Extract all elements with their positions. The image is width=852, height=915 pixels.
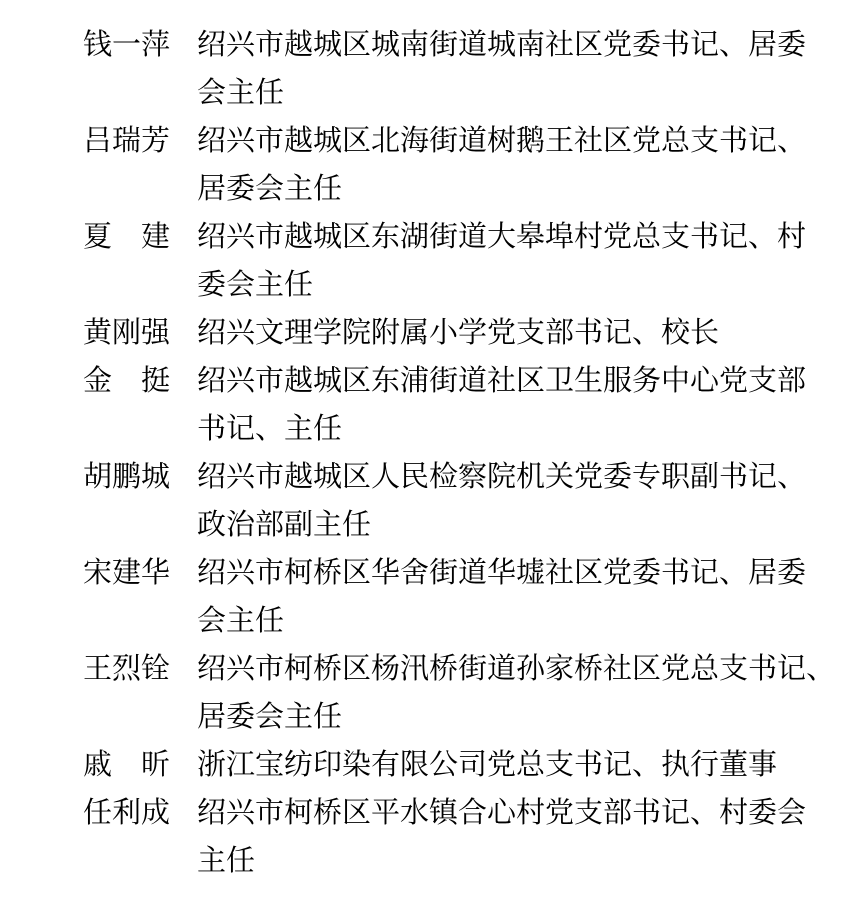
compressed-comma: 、 — [777, 117, 792, 165]
person-name: 金挺 — [83, 357, 170, 405]
roster-entry: 夏建绍兴市越城区东湖街道大皋埠村党总支书记、村委会主任 — [83, 213, 852, 309]
person-title: 浙江宝纺印染有限公司党总支书记、执行董事 — [197, 741, 822, 789]
roster-entry: 王烈铨绍兴市柯桥区杨汛桥街道孙家桥社区党总支书记、居委会主任 — [83, 645, 852, 741]
person-name: 胡鹏城 — [83, 453, 170, 501]
title-line: 主任 — [197, 837, 822, 885]
person-title: 绍兴市柯桥区杨汛桥街道孙家桥社区党总支书记、居委会主任 — [197, 645, 822, 741]
title-line: 绍兴市越城区东湖街道大皋埠村党总支书记、村 — [197, 213, 822, 261]
person-name: 钱一萍 — [83, 21, 170, 69]
title-line: 居委会主任 — [197, 693, 822, 741]
roster-entry: 宋建华绍兴市柯桥区华舍街道华墟社区党委书记、居委会主任 — [83, 549, 852, 645]
title-line: 会主任 — [197, 69, 822, 117]
title-line: 绍兴市越城区城南街道城南社区党委书记、居委 — [197, 21, 822, 69]
person-title: 绍兴市越城区北海街道树鹅王社区党总支书记、居委会主任 — [197, 117, 822, 213]
person-title: 绍兴市越城区城南街道城南社区党委书记、居委会主任 — [197, 21, 822, 117]
title-line: 绍兴市柯桥区华舍街道华墟社区党委书记、居委 — [197, 549, 822, 597]
person-name: 宋建华 — [83, 549, 170, 597]
roster-list: 钱一萍绍兴市越城区城南街道城南社区党委书记、居委会主任吕瑞芳绍兴市越城区北海街道… — [83, 21, 852, 885]
person-name: 吕瑞芳 — [83, 117, 170, 165]
person-title: 绍兴市柯桥区平水镇合心村党支部书记、村委会主任 — [197, 789, 822, 885]
roster-entry: 胡鹏城绍兴市越城区人民检察院机关党委专职副书记、政治部副主任 — [83, 453, 852, 549]
person-title: 绍兴文理学院附属小学党支部书记、校长 — [197, 309, 822, 357]
roster-entry: 吕瑞芳绍兴市越城区北海街道树鹅王社区党总支书记、居委会主任 — [83, 117, 852, 213]
title-line: 会主任 — [197, 597, 822, 645]
title-line: 绍兴市越城区人民检察院机关党委专职副书记、 — [197, 453, 822, 501]
person-title: 绍兴市越城区东浦街道社区卫生服务中心党支部书记、主任 — [197, 357, 822, 453]
title-line: 绍兴市柯桥区杨汛桥街道孙家桥社区党总支书记、 — [197, 645, 822, 693]
person-name: 王烈铨 — [83, 645, 170, 693]
title-line: 绍兴市柯桥区平水镇合心村党支部书记、村委会 — [197, 789, 822, 837]
title-line: 浙江宝纺印染有限公司党总支书记、执行董事 — [197, 741, 822, 789]
title-line: 绍兴文理学院附属小学党支部书记、校长 — [197, 309, 822, 357]
title-line: 绍兴市越城区北海街道树鹅王社区党总支书记、 — [197, 117, 822, 165]
title-line: 居委会主任 — [197, 165, 822, 213]
person-title: 绍兴市越城区人民检察院机关党委专职副书记、政治部副主任 — [197, 453, 822, 549]
compressed-comma: 、 — [806, 645, 821, 693]
roster-entry: 金挺绍兴市越城区东浦街道社区卫生服务中心党支部书记、主任 — [83, 357, 852, 453]
roster-entry: 黄刚强绍兴文理学院附属小学党支部书记、校长 — [83, 309, 852, 357]
person-name: 夏建 — [83, 213, 170, 261]
person-name: 黄刚强 — [83, 309, 170, 357]
roster-entry: 任利成绍兴市柯桥区平水镇合心村党支部书记、村委会主任 — [83, 789, 852, 885]
title-line: 书记、主任 — [197, 405, 822, 453]
roster-entry: 戚昕浙江宝纺印染有限公司党总支书记、执行董事 — [83, 741, 852, 789]
person-title: 绍兴市越城区东湖街道大皋埠村党总支书记、村委会主任 — [197, 213, 822, 309]
title-line: 政治部副主任 — [197, 501, 822, 549]
title-line: 委会主任 — [197, 261, 822, 309]
compressed-comma: 、 — [777, 453, 792, 501]
person-name: 任利成 — [83, 789, 170, 837]
title-line: 绍兴市越城区东浦街道社区卫生服务中心党支部 — [197, 357, 822, 405]
roster-entry: 钱一萍绍兴市越城区城南街道城南社区党委书记、居委会主任 — [83, 21, 852, 117]
person-name: 戚昕 — [83, 741, 170, 789]
person-title: 绍兴市柯桥区华舍街道华墟社区党委书记、居委会主任 — [197, 549, 822, 645]
document-page: 钱一萍绍兴市越城区城南街道城南社区党委书记、居委会主任吕瑞芳绍兴市越城区北海街道… — [0, 0, 852, 915]
